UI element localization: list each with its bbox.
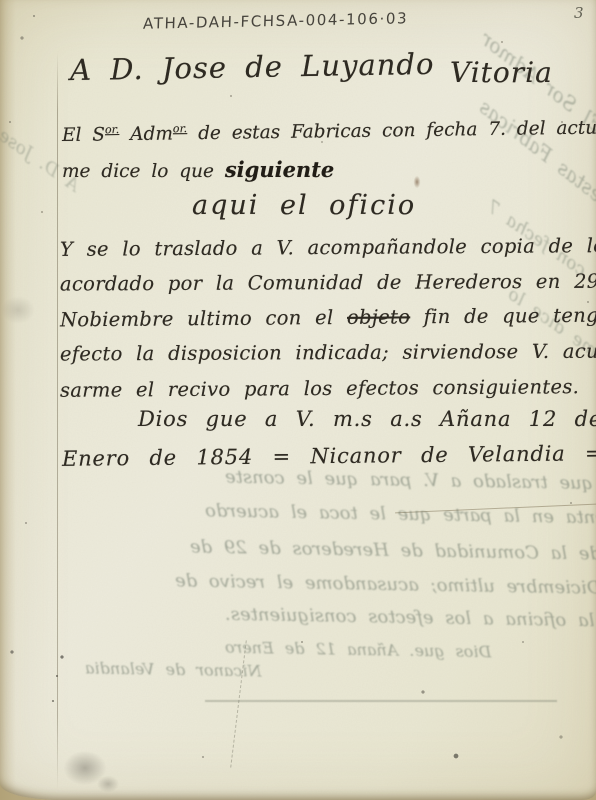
intro-line-2: me dice lo que siguiente bbox=[62, 157, 334, 182]
strikethrough-word: objeto bbox=[347, 305, 410, 329]
manuscript-scan: lo que traslado a V. para que le conste … bbox=[0, 0, 596, 800]
intro-emphasis-word: siguiente bbox=[225, 157, 334, 182]
verso-bleedthrough-signature: Nicanor de Velandia bbox=[85, 658, 262, 680]
body-line-4: efecto la disposicion indicada; sirviend… bbox=[60, 340, 596, 366]
body-line-3-pre: Nobiembre ultimo con el bbox=[60, 306, 347, 332]
body-line-1: Y se lo traslado a V. acompañandole copi… bbox=[60, 234, 596, 261]
intro-superscript-1: or. bbox=[105, 123, 119, 136]
intro-line-2-text: me dice lo que bbox=[62, 161, 225, 182]
body-line-3-post: fin de que tenga bbox=[410, 304, 596, 329]
office-heading: aqui el oficio bbox=[192, 190, 416, 221]
addressee-line: A D. Jose de Luyando bbox=[70, 47, 435, 87]
intro-superscript-2: or. bbox=[173, 122, 187, 135]
body-line-2: acordado por la Comunidad de Herederos e… bbox=[60, 269, 596, 295]
closing-line-1: Dios gue a V. m.s a.s Añana 12 de bbox=[138, 407, 596, 431]
place-name: Vitoria bbox=[450, 56, 553, 89]
intro-seg-2: Adm bbox=[119, 123, 173, 145]
paper-left-edge-shading bbox=[0, 0, 16, 800]
verso-underline-bleed bbox=[205, 700, 557, 702]
body-line-5: sarme el recivo para los efectos consigu… bbox=[60, 375, 579, 402]
page-number: 3 bbox=[574, 4, 584, 22]
intro-seg-1: El S bbox=[62, 124, 105, 146]
body-line-3: Nobiembre ultimo con el objeto fin de qu… bbox=[60, 304, 596, 332]
